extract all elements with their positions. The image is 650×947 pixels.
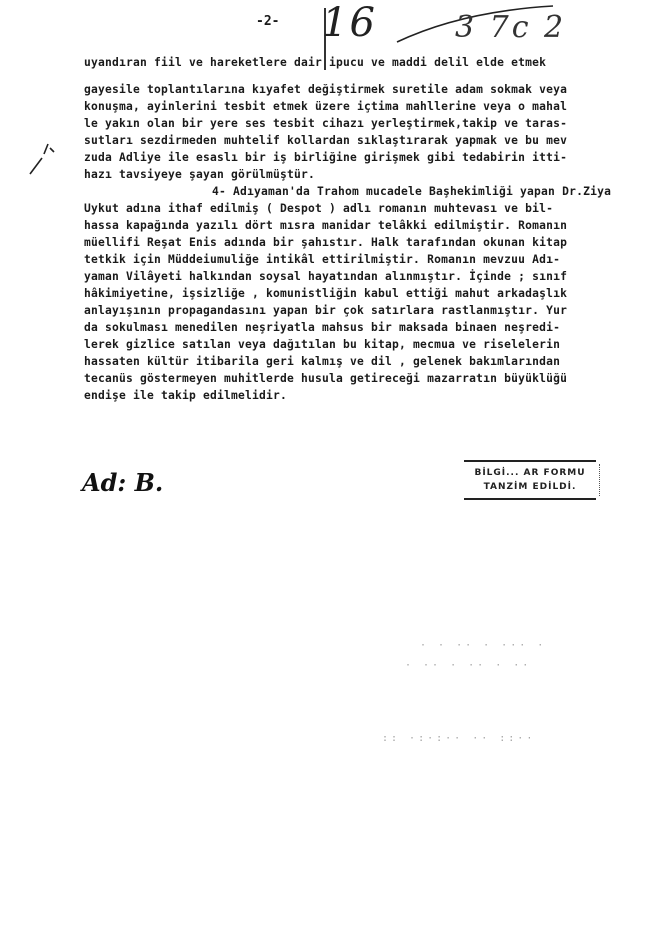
text-line: Uykut adına ithaf edilmiş ( Despot ) adl… [84,200,624,217]
text-line: müellifi Reşat Enis adında bir şahıstır.… [84,234,624,251]
text-line: le yakın olan bir yere ses tesbit cihazı… [84,115,624,132]
stamp-box: BİLGİ... AR FORMU TANZİM EDİLDİ. [464,460,596,500]
text-line: hassa kapağında yazılı dört mısra manida… [84,217,624,234]
document-body: uyandıran fiil ve hareketlere dair ipucu… [84,54,624,404]
stamp-line-2: TANZİM EDİLDİ. [464,480,596,494]
text-line: yaman Vilâyeti halkından soysal hayatınd… [84,268,624,285]
text-line: da sokulması menedilen neşriyatla mahsus… [84,319,624,336]
text-line: tetkik için Müddeiumuliğe intikâl ettiri… [84,251,624,268]
handwritten-reference: 3 7c 2 [455,10,566,45]
text-line: hassaten kültür itibarila geri kalmış ve… [84,353,624,370]
faded-stamp-1: · · ·· · ··· · [420,640,546,651]
text-line: zuda Adliye ile esaslı bir iş birliğine … [84,149,624,166]
text-line: konuşma, ayinlerini tesbit etmek üzere i… [84,98,624,115]
text-line: hâkimiyetine, işsizliğe , komunistliğin … [84,285,624,302]
text-line: uyandıran fiil ve hareketlere dair ipucu… [84,54,624,71]
text-line: 4- Adıyaman'da Trahom mucadele Başhekiml… [84,183,624,200]
text-line: sutları sezdirmeden muhtelif kollardan s… [84,132,624,149]
text-line: gayesile toplantılarına kıyafet değiştir… [84,81,624,98]
text-line: lerek gizlice satılan veya dağıtılan bu … [84,336,624,353]
text-line: anlayışının propagandasını yapan bir çok… [84,302,624,319]
signature: Ad: B. [82,468,163,497]
page-number: -2- [256,14,279,29]
faded-stamp-3: :: ·:·:·· ·· ::·· [382,733,535,744]
stamp-line-1: BİLGİ... AR FORMU [464,466,596,480]
handwritten-number: 16 [322,0,377,46]
margin-check-mark-icon [28,140,68,180]
text-line: hazı tavsiyeye şayan görülmüştür. [84,166,624,183]
text-line: endişe ile takip edilmelidir. [84,387,624,404]
text-line: tecanüs göstermeyen muhitlerde husula ge… [84,370,624,387]
faded-stamp-2: · ·· · ·· · ·· [405,660,531,671]
